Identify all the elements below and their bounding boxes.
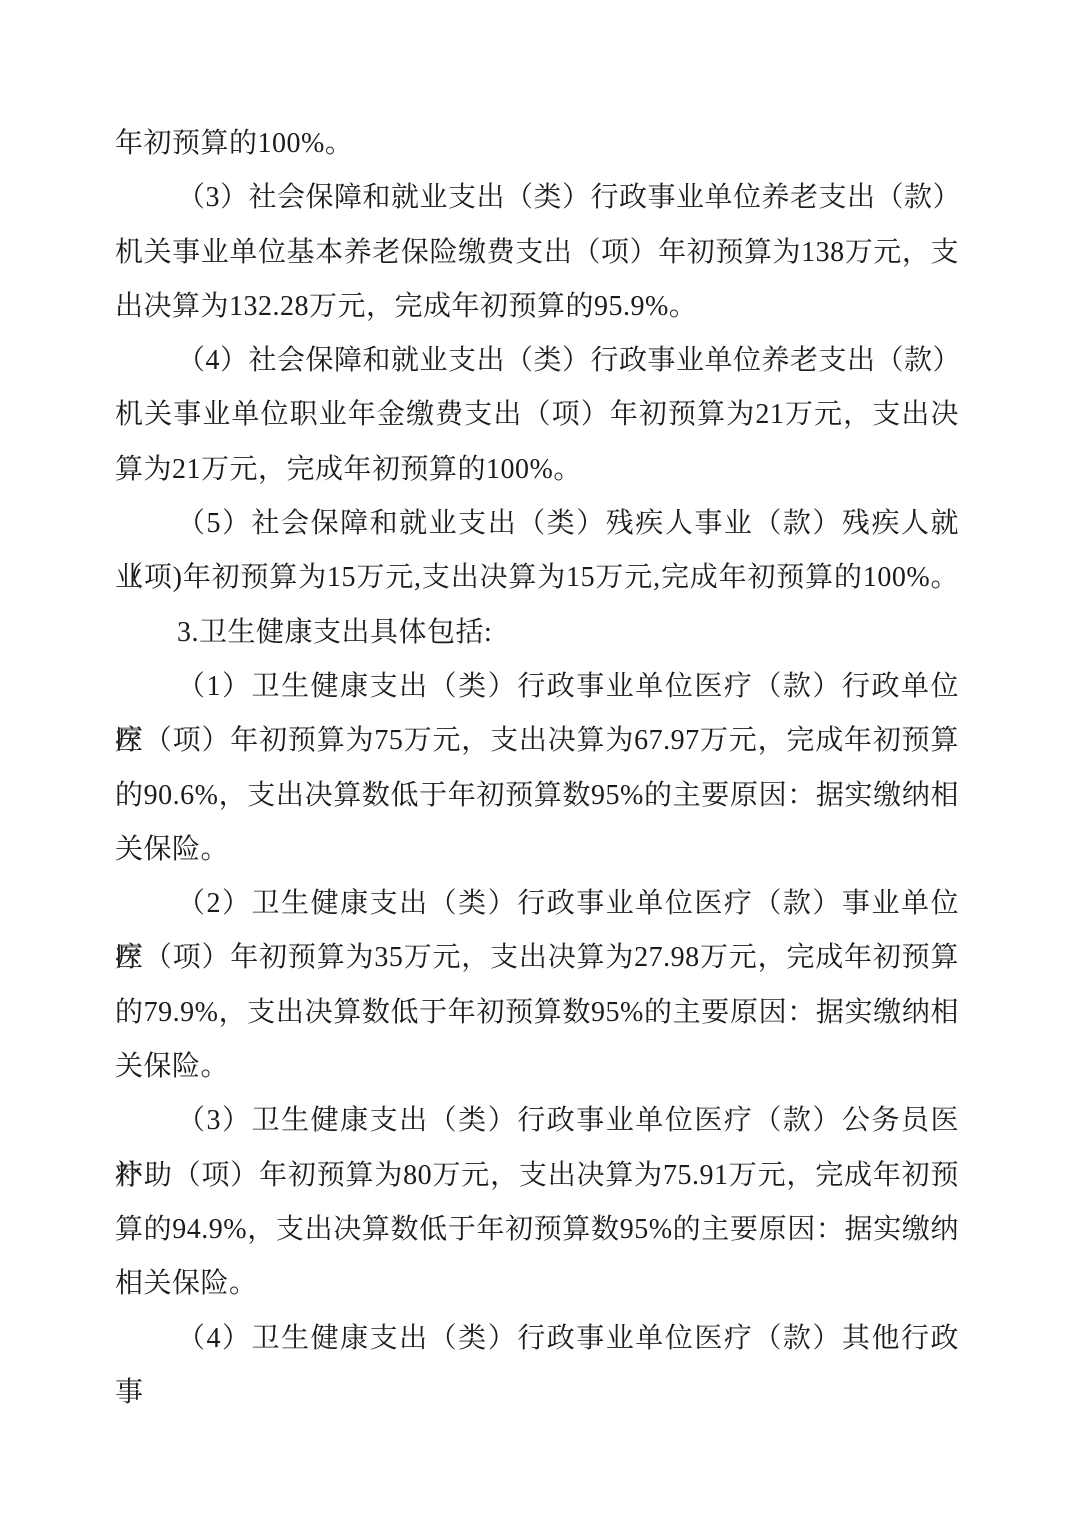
text-line: （3）卫生健康支出（类）行政事业单位医疗（款）公务员医疗 [115, 1094, 959, 1148]
text-line: 算的94.9%，支出决算数低于年初预算数95%的主要原因：据实缴纳 [115, 1203, 959, 1257]
text-line: （1）卫生健康支出（类）行政事业单位医疗（款）行政单位医 [115, 660, 959, 714]
text-line: 相关保险。 [115, 1257, 959, 1311]
text-line: 的79.9%，支出决算数低于年初预算数95%的主要原因：据实缴纳相 [115, 986, 959, 1040]
text-line: 疗（项）年初预算为75万元，支出决算为67.97万元，完成年初预算 [115, 714, 959, 768]
text-line: 出决算为132.28万元，完成年初预算的95.9%。 [115, 280, 959, 334]
text-line: 的90.6%，支出决算数低于年初预算数95%的主要原因：据实缴纳相 [115, 769, 959, 823]
document-page: 年初预算的100%。（3）社会保障和就业支出（类）行政事业单位养老支出（款）机关… [0, 0, 1074, 1520]
text-line: 算为21万元，完成年初预算的100%。 [115, 443, 959, 497]
text-line: （5）社会保障和就业支出（类）残疾人事业（款）残疾人就业 [115, 497, 959, 551]
text-line: 关保险。 [115, 1040, 959, 1094]
text-line: 疗（项）年初预算为35万元，支出决算为27.98万元，完成年初预算 [115, 931, 959, 985]
text-line: 关保险。 [115, 823, 959, 877]
text-line: 3.卫生健康支出具体包括: [115, 606, 959, 660]
text-line: （2）卫生健康支出（类）行政事业单位医疗（款）事业单位医 [115, 877, 959, 931]
text-line: （3）社会保障和就业支出（类）行政事业单位养老支出（款） [115, 171, 959, 225]
text-line: （4）社会保障和就业支出（类）行政事业单位养老支出（款） [115, 334, 959, 388]
text-line: 机关事业单位职业年金缴费支出（项）年初预算为21万元，支出决 [115, 388, 959, 442]
text-line: 补助（项）年初预算为80万元，支出决算为75.91万元，完成年初预 [115, 1149, 959, 1203]
document-text-block: 年初预算的100%。（3）社会保障和就业支出（类）行政事业单位养老支出（款）机关… [115, 117, 959, 1366]
text-line: 年初预算的100%。 [115, 117, 959, 171]
text-line: （4）卫生健康支出（类）行政事业单位医疗（款）其他行政事 [115, 1312, 959, 1366]
text-line: （项)年初预算为15万元,支出决算为15万元,完成年初预算的100%。 [115, 551, 959, 605]
text-line: 机关事业单位基本养老保险缴费支出（项）年初预算为138万元，支 [115, 226, 959, 280]
